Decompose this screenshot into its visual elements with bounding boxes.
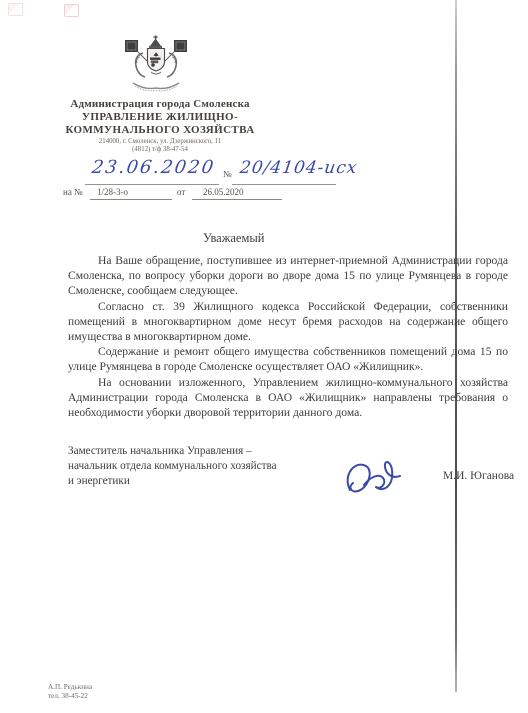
paragraph-2: Согласно ст. 39 Жилищного кодекса Россий… (68, 299, 508, 345)
incoming-number-value: 1/28-3-о (97, 187, 128, 197)
paragraph-3: Содержание и ремонт общего имущества соб… (68, 344, 508, 374)
executor-name: А.П. Редькина (48, 683, 92, 692)
executor-block: А.П. Редькина тел. 38-45-22 (48, 683, 92, 701)
paragraph-1: На Ваше обращение, поступившее из интерн… (68, 253, 508, 299)
incoming-date-value: 26.05.2020 (203, 187, 244, 197)
scan-artifact-mark (64, 4, 79, 17)
org-phone: (4812) т/ф 38-47-54 (34, 146, 286, 153)
signer-title-line3: и энергетики (68, 474, 318, 489)
signer-title-line2: начальник отдела коммунального хозяйства (68, 459, 318, 474)
signer-job-title: Заместитель начальника Управления – нача… (68, 444, 318, 489)
date-underline (85, 184, 219, 185)
handwritten-outgoing-number: 20/4104-исх (239, 158, 359, 178)
signer-title-line1: Заместитель начальника Управления – (68, 444, 318, 459)
scanned-letter-page: Администрация города Смоленска УПРАВЛЕНИ… (0, 0, 528, 713)
smolensk-coat-of-arms-icon (120, 35, 192, 95)
org-name-line3: КОММУНАЛЬНОГО ХОЗЯЙСТВА (34, 124, 286, 136)
org-name-line2: УПРАВЛЕНИЕ ЖИЛИЩНО- (34, 111, 286, 123)
incoming-date-underline (192, 199, 282, 200)
executor-phone: тел. 38-45-22 (48, 692, 92, 701)
scan-artifact-mark (8, 3, 23, 16)
reference-from-label: от (177, 187, 185, 197)
handwritten-signature (336, 454, 418, 506)
letter-body: На Ваше обращение, поступившее из интерн… (68, 253, 508, 420)
org-address: 214000, г. Смоленск, ул. Дзержинского, 1… (34, 138, 286, 145)
handwritten-outgoing-date: 23.06.2020 (91, 157, 217, 178)
signer-name: М.И. Юганова (443, 470, 514, 482)
paragraph-4: На основании изложенного, Управлением жи… (68, 375, 508, 421)
incoming-number-underline (90, 199, 172, 200)
number-sign-label: № (223, 169, 232, 179)
org-name-line1: Администрация города Смоленска (34, 98, 286, 110)
salutation: Уважаемый (203, 231, 264, 246)
reference-prefix-label: на № (63, 187, 83, 197)
number-underline (232, 184, 336, 185)
